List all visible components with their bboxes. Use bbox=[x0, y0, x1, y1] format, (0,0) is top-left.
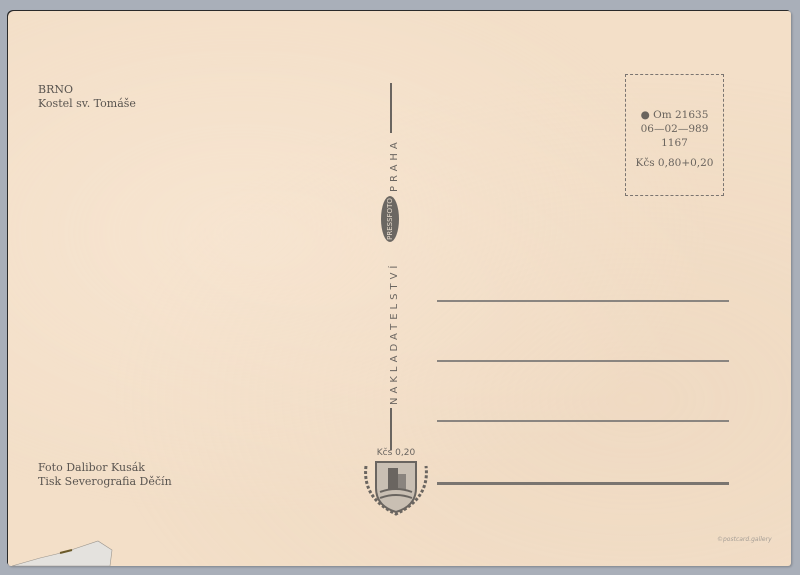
watermark: ©postcard.gallery bbox=[717, 536, 772, 543]
stamp-price: Kčs 0,80+0,20 bbox=[626, 156, 723, 170]
address-line-4 bbox=[437, 482, 729, 485]
caption: BRNO Kostel sv. Tomáše bbox=[38, 83, 136, 111]
divider-line-bottom bbox=[390, 408, 392, 450]
stamp-code: ● Om 21635 bbox=[626, 108, 723, 122]
stamp-placeholder: ● Om 21635 06—02—989 1167 Kčs 0,80+0,20 bbox=[625, 74, 724, 196]
address-line-1 bbox=[437, 300, 729, 302]
caption-subject: Kostel sv. Tomáše bbox=[38, 97, 136, 111]
torn-corner bbox=[10, 538, 120, 568]
publisher-city: PRAHA bbox=[389, 138, 400, 192]
stamp-number: 1167 bbox=[626, 136, 723, 150]
pressfoto-logo-icon: PRESSFOTO bbox=[381, 196, 399, 242]
seal-price: Kčs 0,20 bbox=[358, 448, 434, 458]
caption-city: BRNO bbox=[38, 83, 136, 97]
print-credit: Tisk Severografia Děčín bbox=[38, 475, 172, 489]
divider-line-top bbox=[390, 83, 392, 133]
publisher-name: NAKLADATELSTVÍ bbox=[389, 262, 400, 405]
address-line-2 bbox=[437, 360, 729, 362]
photo-credit: Foto Dalibor Kusák bbox=[38, 461, 172, 475]
credits: Foto Dalibor Kusák Tisk Severografia Děč… bbox=[38, 461, 172, 489]
castle-shield-icon bbox=[358, 458, 434, 516]
address-line-3 bbox=[437, 420, 729, 422]
tourism-seal: Kčs 0,20 bbox=[358, 448, 434, 518]
stamp-date: 06—02—989 bbox=[626, 122, 723, 136]
